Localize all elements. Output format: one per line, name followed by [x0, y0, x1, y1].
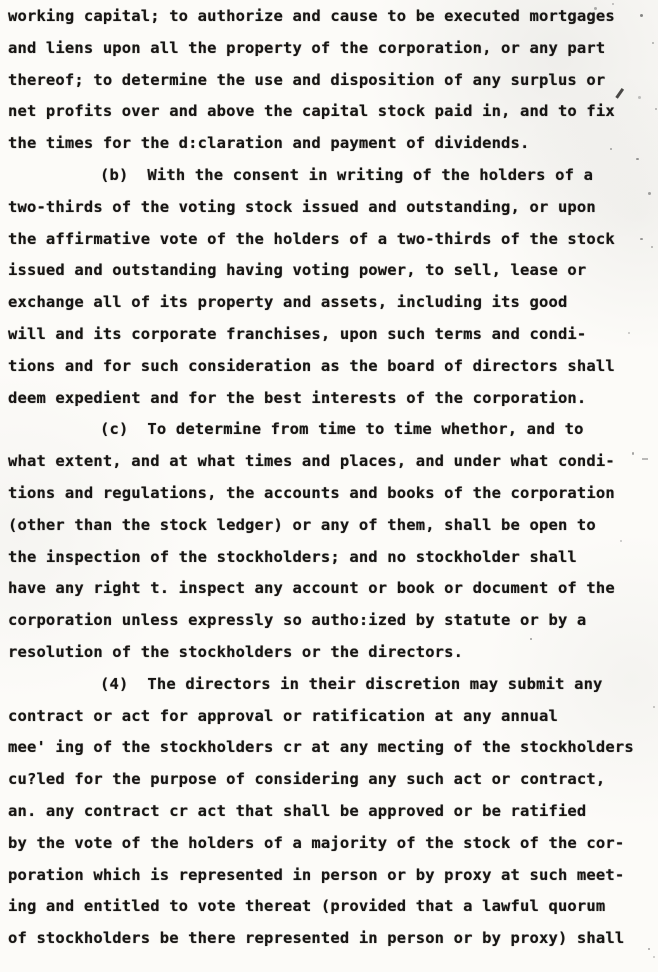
text-line: have any right t. inspect any account or…: [8, 573, 654, 605]
text-line: of stockholders be there represented in …: [8, 923, 654, 955]
scan-artifact: [653, 956, 655, 958]
text-line: poration which is represented in person …: [8, 860, 654, 892]
text-line: tions and for such consideration as the …: [8, 351, 654, 383]
text-line: the times for the d:claration and paymen…: [8, 128, 654, 160]
text-line: by the vote of the holders of a majority…: [8, 828, 654, 860]
text-line: what extent, and at what times and place…: [8, 446, 654, 478]
paragraph-start-line-b: (b) With the consent in writing of the h…: [8, 160, 654, 192]
document-text-block: working capital; to authorize and cause …: [8, 1, 654, 955]
text-line: resolution of the stockholders or the di…: [8, 637, 654, 669]
document-page: working capital; to authorize and cause …: [0, 0, 658, 972]
text-line: (other than the stock ledger) or any of …: [8, 510, 654, 542]
text-line: thereof; to determine the use and dispos…: [8, 65, 654, 97]
text-line: contract or act for approval or ratifica…: [8, 701, 654, 733]
text-line: net profits over and above the capital s…: [8, 96, 654, 128]
text-line: the affirmative vote of the holders of a…: [8, 224, 654, 256]
text-line: an. any contract cr act that shall be ap…: [8, 796, 654, 828]
paragraph-start-line-c: (c) To determine from time to time wheth…: [8, 414, 654, 446]
text-line: tions and regulations, the accounts and …: [8, 478, 654, 510]
text-line: issued and outstanding having voting pow…: [8, 255, 654, 287]
text-line: corporation unless expressly so autho:iz…: [8, 605, 654, 637]
text-line: exchange all of its property and assets,…: [8, 287, 654, 319]
text-line: and liens upon all the property of the c…: [8, 33, 654, 65]
scan-artifact: [655, 108, 657, 110]
text-line: the inspection of the stockholders; and …: [8, 542, 654, 574]
text-line: will and its corporate franchises, upon …: [8, 319, 654, 351]
text-line: cu?led for the purpose of considering an…: [8, 764, 654, 796]
paragraph-start-line-4: (4) The directors in their discretion ma…: [8, 669, 654, 701]
text-line: ing and entitled to vote thereat (provid…: [8, 891, 654, 923]
text-line: two-thirds of the voting stock issued an…: [8, 192, 654, 224]
text-line: mee' ing of the stockholders cr at any m…: [8, 732, 654, 764]
text-line: working capital; to authorize and cause …: [8, 1, 654, 33]
text-line: deem expedient and for the best interest…: [8, 383, 654, 415]
